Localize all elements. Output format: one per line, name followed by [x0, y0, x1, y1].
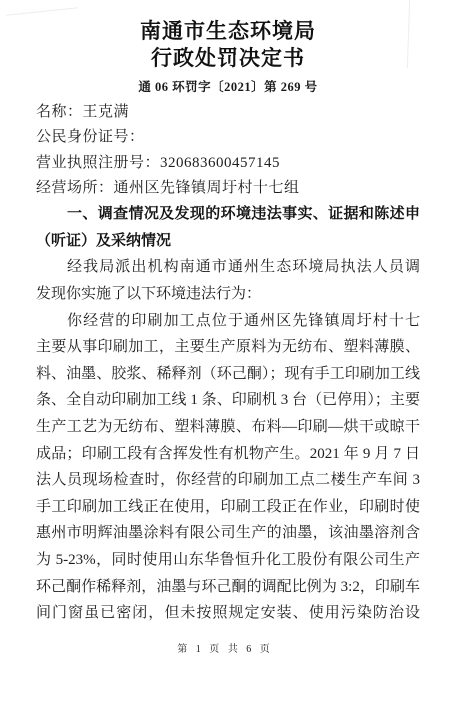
body-text-block: 一、调查情况及发现的环境违法事实、证据和陈述申辩（听证）及采纳情况经我局派出机构…: [36, 201, 420, 627]
doc-number: 通 06 环罚字〔2021〕第 269 号: [36, 79, 420, 95]
body-line: 为 5-23%，同时使用山东华鲁恒升化工股份有限公司生产的: [36, 547, 420, 574]
body-line: 法人员现场检查时，你经营的印刷加工点二楼生产车间 3 条: [36, 467, 420, 494]
body-line: 手工印刷加工线正在使用，印刷工段正在作业，印刷时使用: [36, 494, 420, 521]
info-line: 经营场所：通州区先锋镇周圩村十七组: [36, 176, 420, 201]
scan-edge-artifact: [6, 7, 78, 16]
page-footer: 第 1 页 共 6 页: [0, 644, 450, 656]
body-line: （听证）及采纳情况: [36, 228, 420, 255]
body-line: 发现你实施了以下环境违法行为：: [36, 281, 420, 308]
body-line: 环己酮作稀释剂，油墨与环己酮的调配比例为 3:2，印刷车: [36, 574, 420, 601]
body-line: 成品；印刷工段有含挥发性有机物产生。2021 年 9 月 7 日执: [36, 441, 420, 468]
body-line: 主要从事印刷加工，主要生产原料为无纺布、塑料薄膜、布: [36, 334, 420, 361]
body-line: 间门窗虽已密闭，但未按照规定安装、使用污染防治设施，: [36, 600, 420, 627]
info-line: 营业执照注册号：320683600457145: [36, 151, 420, 176]
body-line: 惠州市明辉油墨涂料有限公司生产的油墨，该油墨溶剂含量: [36, 520, 420, 547]
body-line: 生产工艺为无纺布、塑料薄膜、布料—印刷—烘干或晾干—: [36, 414, 420, 441]
body-line: 你经营的印刷加工点位于通州区先锋镇周圩村十七组，: [36, 308, 420, 335]
info-line: 名称：王克满: [36, 100, 420, 125]
body-line: 料、油墨、胶浆、稀释剂（环己酮）；现有手工印刷加工线9: [36, 361, 420, 388]
document-page: 南通市生态环境局 行政处罚决定书 通 06 环罚字〔2021〕第 269 号 名…: [0, 0, 450, 703]
party-info-block: 名称：王克满公民身份证号：营业执照注册号：320683600457145经营场所…: [36, 100, 420, 201]
body-line: 条、全自动印刷加工线 1 条、印刷机 3 台（已停用）；主要: [36, 387, 420, 414]
body-line: 一、调查情况及发现的环境违法事实、证据和陈述申辩: [36, 201, 420, 228]
info-line: 公民身份证号：: [36, 125, 420, 150]
doc-title-agency: 南通市生态环境局: [36, 18, 420, 45]
doc-title-type: 行政处罚决定书: [36, 45, 420, 72]
body-line: 经我局派出机构南通市通州生态环境局执法人员调查，: [36, 254, 420, 281]
